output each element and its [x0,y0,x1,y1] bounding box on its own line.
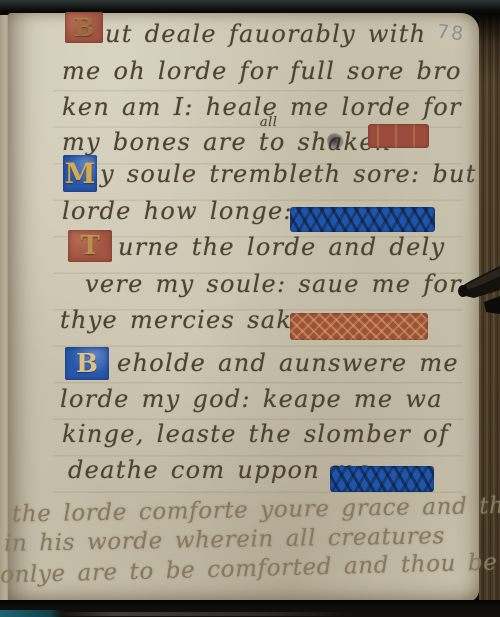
illuminated-initial-b1: B [65,12,103,43]
text-line-11: lorde my god: keape me wa [60,385,443,421]
line-filler-red-1 [368,124,429,148]
text-line-4-pre: my bones are [62,128,247,156]
binding-grey-streak [55,612,355,616]
line-filler-blue-2 [330,466,434,492]
text-line-12: kinge, leaste the slomber of [62,420,449,456]
text-line-13: deathe com uppon me [68,456,371,492]
text-line-10: eholde and aunswere me [117,349,459,385]
interlinear-insertion: all [260,115,278,130]
book-clasp-icon [448,256,500,318]
line-filler-redgold [290,313,428,340]
illuminated-initial-b2: B [65,347,109,380]
text-line-5: y soule trembleth sore: but [100,160,477,196]
text-line-9: thye mercies sake [60,306,308,342]
text-line-1: ut deale fauorably with [105,20,426,56]
book-binding-bottom [0,600,500,617]
text-line-8: vere my soule: saue me for [85,270,462,306]
text-line-2: me oh lorde for full sore bro [62,57,462,93]
binding-teal-highlight [0,610,62,617]
text-line-7: urne the lorde and dely [118,233,445,269]
text-line-6: lorde how longe: [62,197,293,233]
line-filler-blue-1 [290,207,435,232]
illuminated-initial-t: T [68,230,112,262]
folio-number: 78 [436,21,466,46]
